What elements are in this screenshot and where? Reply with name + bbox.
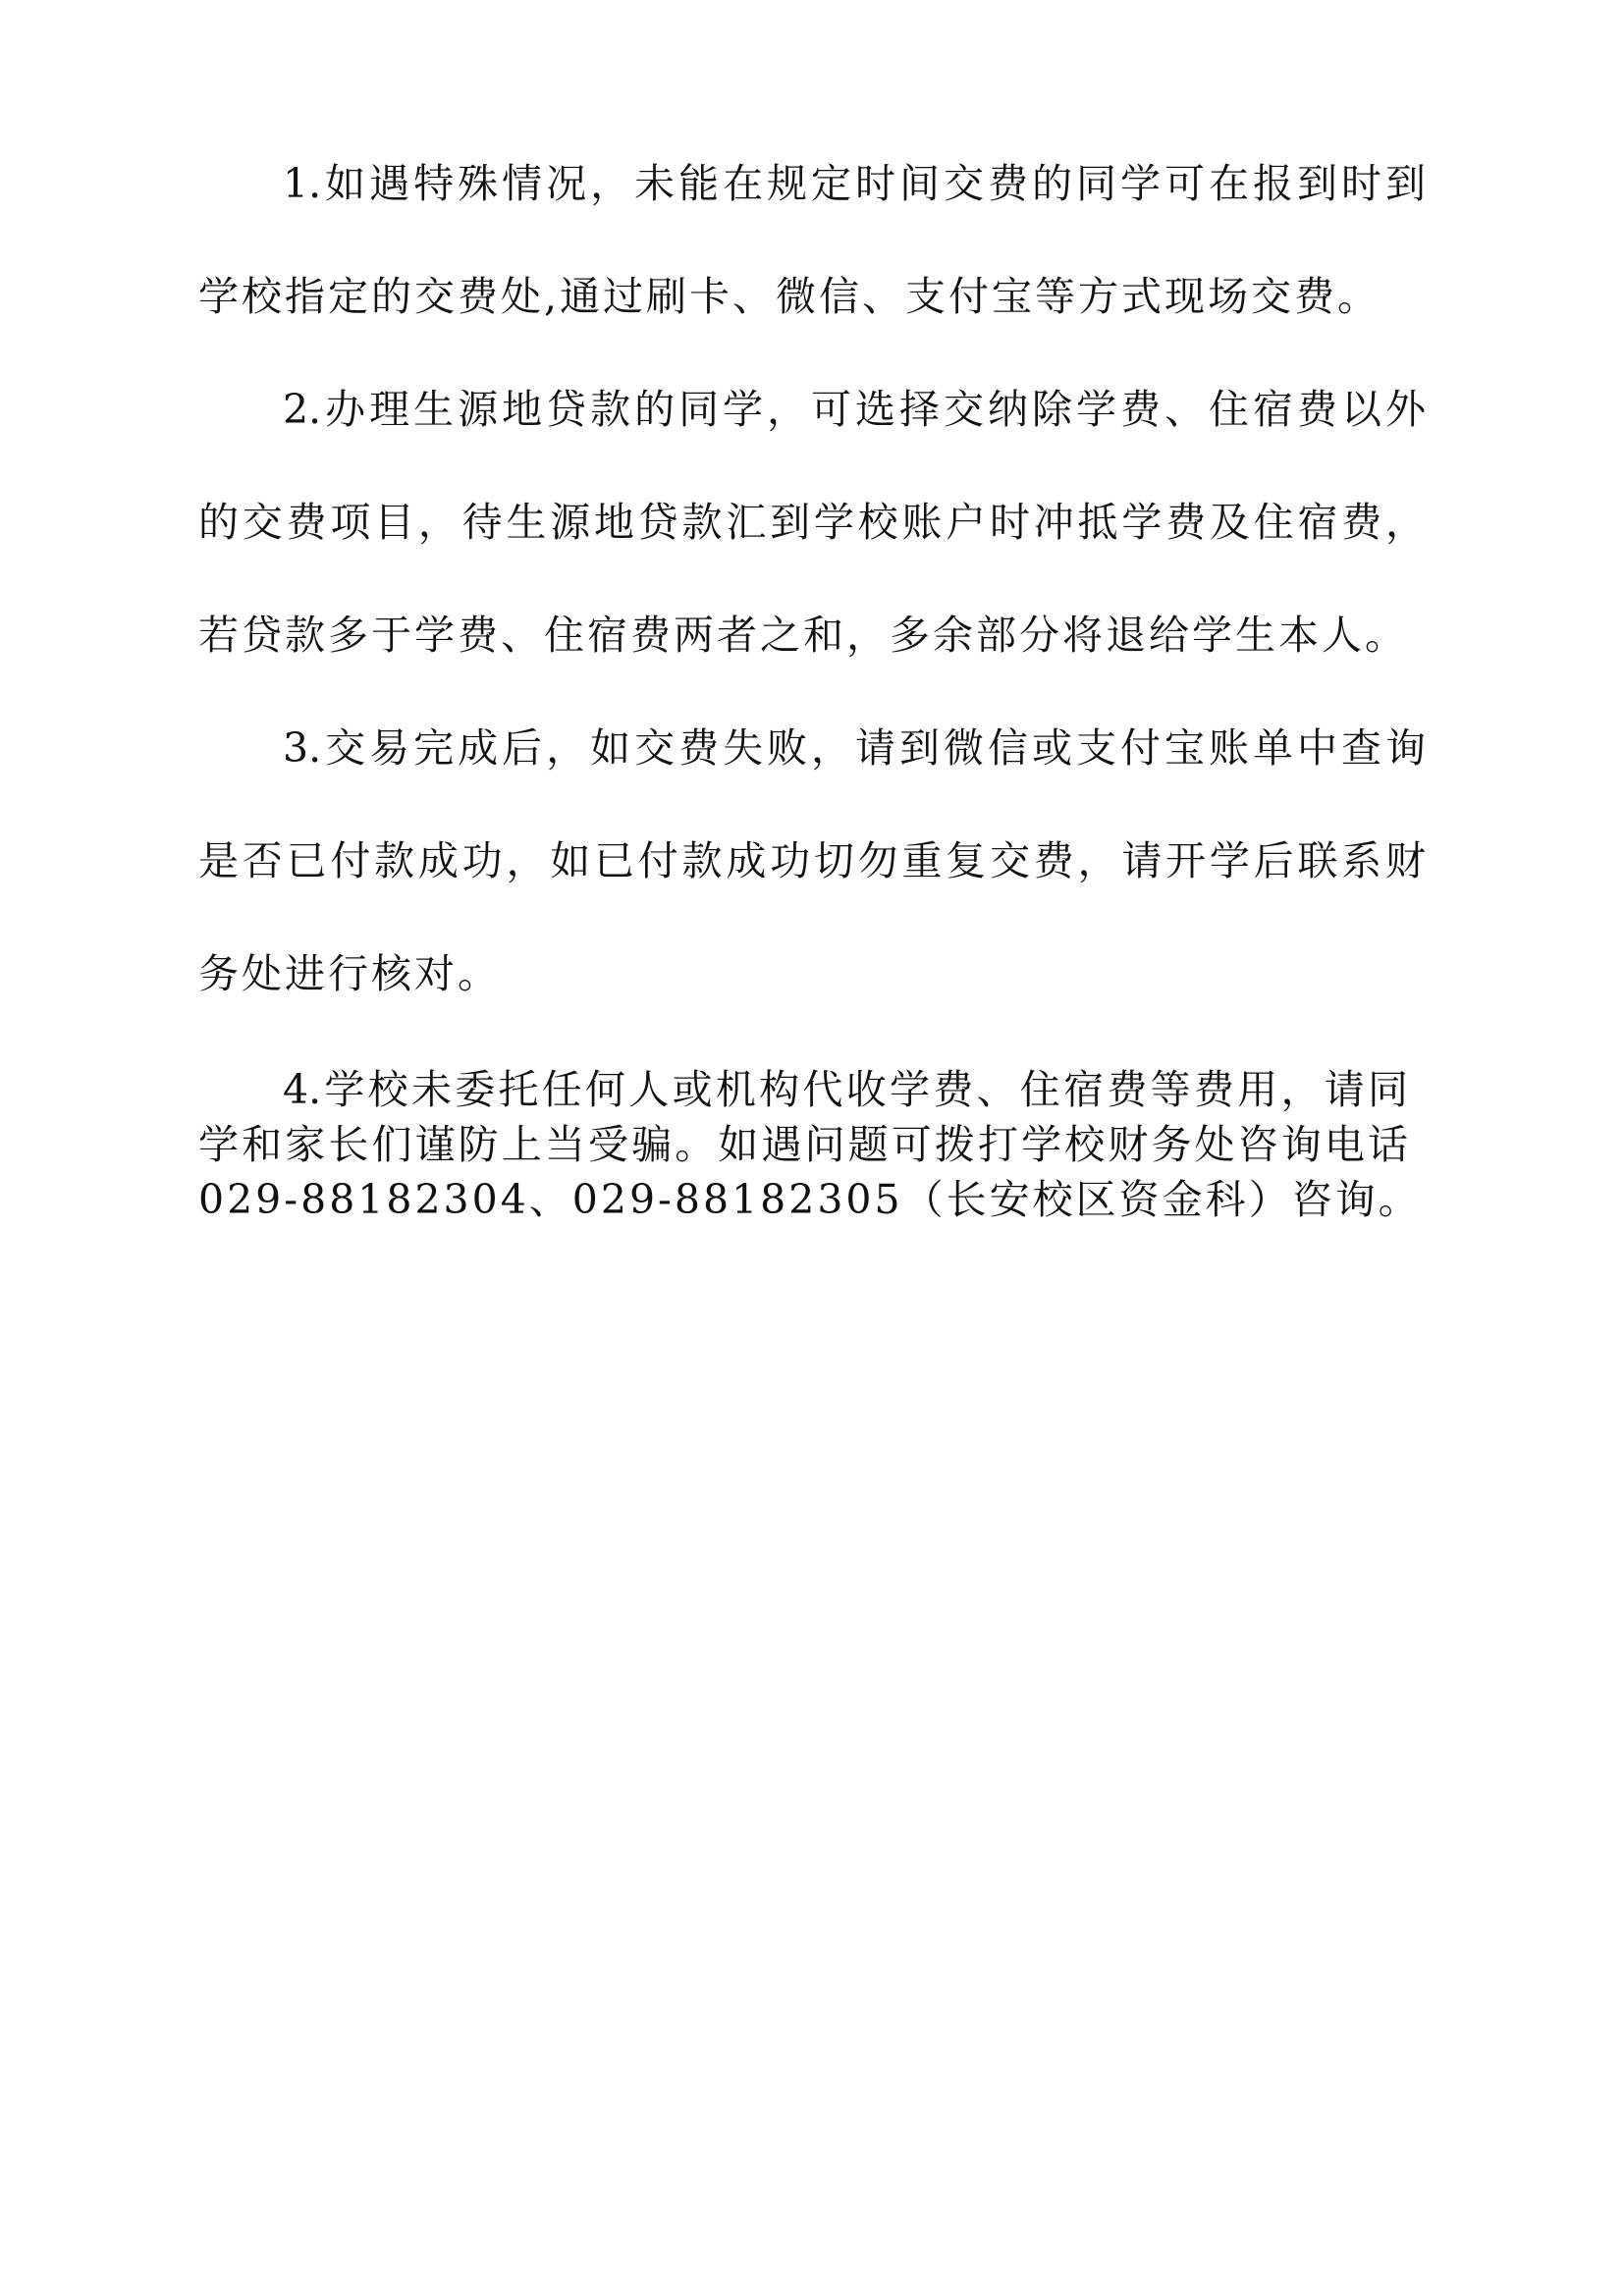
document-page: 1.如遇特殊情况，未能在规定时间交费的同学可在报到时到 学校指定的交费处,通过刷… [0, 0, 1624, 2296]
paragraph-line: 学校指定的交费处,通过刷卡、微信、支付宝等方式现场交费。 [198, 273, 1426, 320]
paragraph-line: 4.学校未委托任何人或机构代收学费、住宿费等费用，请同 [283, 1066, 1408, 1113]
paragraph-line: 学和家长们谨防上当受骗。如遇问题可拨打学校财务处咨询电话 [198, 1121, 1408, 1168]
paragraph-line: 3.交易完成后，如交费失败，请到微信或支付宝账单中查询 [283, 724, 1426, 772]
paragraph-line: 务处进行核对。 [198, 950, 1426, 997]
paragraph-line: 2.办理生源地贷款的同学，可选择交纳除学费、住宿费以外 [283, 386, 1426, 433]
paragraph-line: 若贷款多于学费、住宿费两者之和，多余部分将退给学生本人。 [198, 612, 1426, 659]
paragraph-line: 的交费项目，待生源地贷款汇到学校账户时冲抵学费及住宿费， [198, 499, 1426, 546]
paragraph-line: 是否已付款成功，如已付款成功切勿重复交费，请开学后联系财 [198, 837, 1426, 884]
paragraph-line: 1.如遇特殊情况，未能在规定时间交费的同学可在报到时到 [283, 160, 1426, 207]
contact-phone-line: 029-88182304、029-88182305（长安校区资金科）咨询。 [198, 1176, 1408, 1223]
